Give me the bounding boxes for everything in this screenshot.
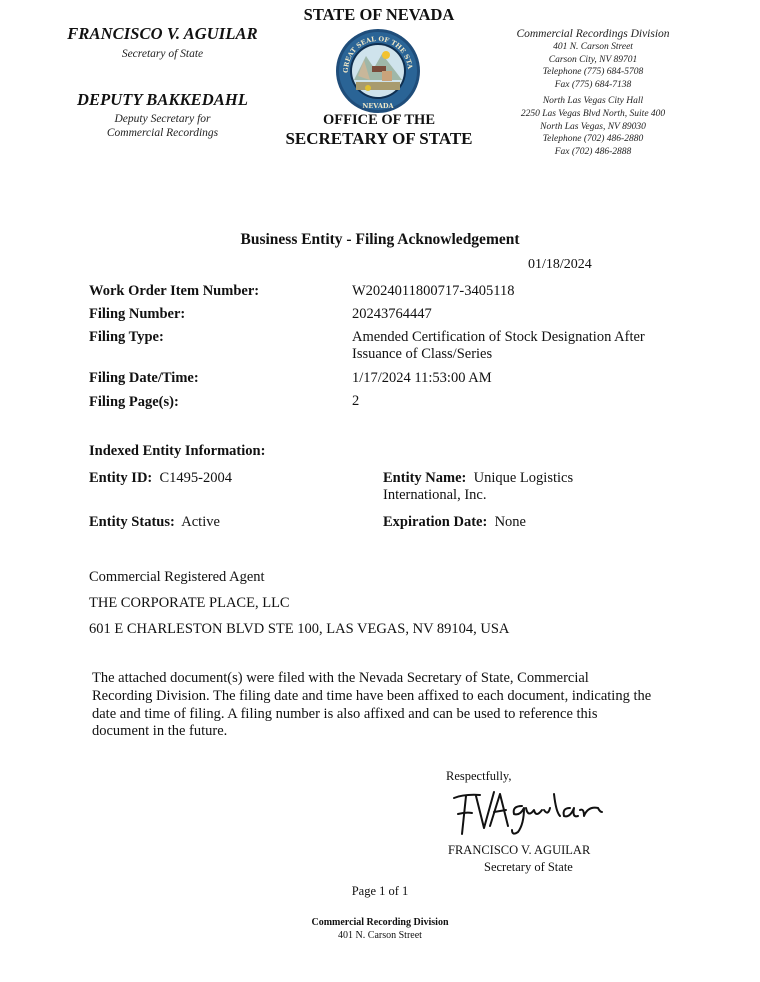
entity-name-line2: International, Inc.	[383, 487, 573, 504]
state-heading: STATE OF NEVADA	[270, 5, 488, 25]
field-value-filing-pages: 2	[352, 393, 359, 410]
carson-line: Fax (775) 684-7138	[497, 79, 689, 92]
office-heading: OFFICE OF THE SECRETARY OF STATE	[270, 112, 488, 149]
nlv-line: 2250 Las Vegas Blvd North, Suite 400	[497, 108, 689, 121]
agent-address: 601 E CHARLESTON BLVD STE 100, LAS VEGAS…	[89, 621, 509, 638]
office-line1: OFFICE OF THE	[270, 112, 488, 129]
entity-name-line1: Unique Logistics	[474, 470, 573, 486]
signature-block: Respectfully,	[446, 769, 616, 784]
contact-block: Commercial Recordings Division 401 N. Ca…	[497, 27, 689, 158]
seal-bottom-text: NEVADA	[362, 102, 394, 110]
field-label-work-order: Work Order Item Number:	[89, 283, 259, 300]
signatory: FRANCISCO V. AGUILAR	[448, 843, 618, 858]
carson-line: Carson City, NV 89701	[497, 54, 689, 67]
entity-status-label: Entity Status:	[89, 514, 175, 530]
carson-line: 401 N. Carson Street	[497, 41, 689, 54]
entity-name: Entity Name: Unique Logistics Internatio…	[383, 470, 573, 504]
page-number: Page 1 of 1	[0, 884, 760, 899]
agent-name: THE CORPORATE PLACE, LLC	[89, 595, 290, 612]
field-label-filing-pages: Filing Page(s):	[89, 394, 179, 411]
signature-image	[450, 786, 640, 843]
entity-id-label: Entity ID:	[89, 470, 152, 486]
deputy-title-line1: Deputy Secretary for	[40, 112, 285, 126]
division-name: Commercial Recordings Division	[497, 27, 689, 41]
deputy-block: DEPUTY BAKKEDAHL Deputy Secretary for Co…	[40, 90, 285, 140]
nlv-line: North Las Vegas, NV 89030	[497, 121, 689, 134]
nlv-line: Telephone (702) 486-2880	[497, 133, 689, 146]
secretary-title: Secretary of State	[40, 47, 285, 61]
footer-division: Commercial Recording Division	[0, 917, 760, 928]
secretary-block: FRANCISCO V. AGUILAR Secretary of State	[40, 24, 285, 61]
footer-address: 401 N. Carson Street	[0, 930, 760, 941]
state-name: STATE OF NEVADA	[270, 5, 488, 25]
nevada-seal-icon: THE GREAT SEAL OF THE STATE OF NEVADA	[334, 28, 422, 114]
signatory-name: FRANCISCO V. AGUILAR	[448, 843, 618, 858]
document-date: 01/18/2024	[528, 257, 592, 273]
nlv-line: North Las Vegas City Hall	[497, 95, 689, 108]
entity-status-value: Active	[181, 514, 220, 530]
carson-line: Telephone (775) 684-5708	[497, 66, 689, 79]
agent-type: Commercial Registered Agent	[89, 569, 265, 586]
expiration-date: Expiration Date: None	[383, 514, 526, 531]
deputy-name: DEPUTY BAKKEDAHL	[40, 90, 285, 110]
entity-status: Entity Status: Active	[89, 514, 220, 531]
entity-id: Entity ID: C1495-2004	[89, 470, 232, 487]
filing-type-line2: Issuance of Class/Series	[352, 346, 645, 363]
filing-type-line1: Amended Certification of Stock Designati…	[352, 329, 645, 346]
field-label-filing-type: Filing Type:	[89, 329, 164, 346]
nlv-line: Fax (702) 486-2888	[497, 146, 689, 159]
field-value-filing-number: 20243764447	[352, 306, 432, 323]
closing: Respectfully,	[446, 769, 616, 784]
field-value-filing-type: Amended Certification of Stock Designati…	[352, 329, 645, 363]
secretary-name: FRANCISCO V. AGUILAR	[40, 24, 285, 44]
field-value-work-order: W2024011800717-3405118	[352, 283, 514, 300]
field-value-filing-date: 1/17/2024 11:53:00 AM	[352, 370, 492, 387]
entity-id-value: C1495-2004	[160, 470, 233, 486]
expiration-value: None	[495, 514, 526, 530]
field-label-filing-date: Filing Date/Time:	[89, 370, 199, 387]
entity-name-label: Entity Name:	[383, 470, 466, 486]
expiration-label: Expiration Date:	[383, 514, 487, 530]
indexed-heading: Indexed Entity Information:	[89, 443, 265, 460]
signatory-title: Secretary of State	[484, 860, 573, 875]
office-line2: SECRETARY OF STATE	[270, 129, 488, 149]
field-label-filing-number: Filing Number:	[89, 306, 185, 323]
document-title: Business Entity - Filing Acknowledgement	[0, 231, 760, 249]
filing-notice: The attached document(s) were filed with…	[92, 670, 652, 741]
deputy-title-line2: Commercial Recordings	[40, 126, 285, 140]
